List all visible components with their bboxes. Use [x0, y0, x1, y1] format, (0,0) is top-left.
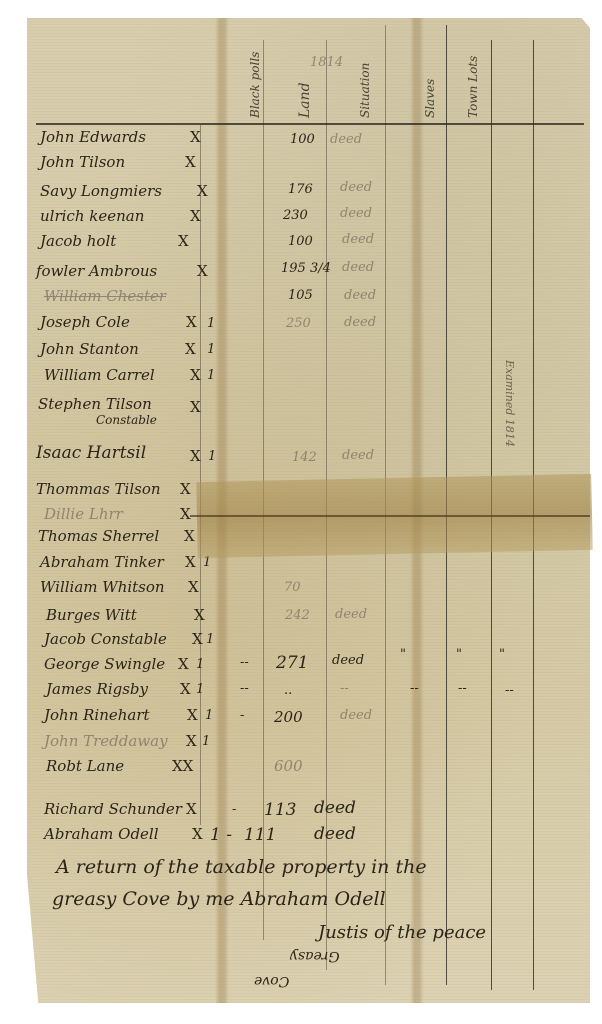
docket-line-2: Cove — [254, 973, 289, 989]
row-poll: 1 — [207, 316, 215, 331]
row-name: John Treddaway — [44, 732, 168, 750]
row-situation: deed — [344, 288, 376, 303]
row-name: fowler Ambrous — [36, 262, 157, 280]
row-situation: deed — [332, 653, 364, 668]
row-name: Thommas Tilson — [36, 480, 161, 498]
row-mark: X — [184, 527, 195, 545]
row-poll: 1 — [208, 449, 216, 464]
row-mark: X — [186, 732, 197, 750]
row-mark: X — [180, 480, 191, 498]
row-slaves: -- — [410, 681, 419, 696]
column-header-black-polls: Black polls — [248, 52, 262, 118]
row-land: 242 — [285, 608, 310, 623]
horizontal-fold — [190, 515, 590, 517]
closing-line-3: Justis of the peace — [318, 922, 486, 943]
row-name: Savy Longmiers — [40, 182, 162, 200]
column-header-slaves: Slaves — [423, 79, 437, 118]
docket-line-1: Greasy — [290, 948, 340, 964]
row-dash: - — [240, 708, 244, 723]
column-line — [200, 125, 201, 825]
row-poll: 1 — [206, 632, 214, 647]
row-name: John Rinehart — [44, 706, 150, 724]
row-land: 195 3/4 — [281, 261, 331, 276]
margin-note: Examined 1814 — [503, 360, 516, 447]
row-mark: XX — [172, 757, 193, 775]
row-poll: 1 — [205, 708, 213, 723]
column-header-town-lots: Town Lots — [466, 56, 480, 118]
row-name: Joseph Cole — [40, 313, 130, 331]
row-situation: deed — [330, 132, 362, 147]
row-extra: -- — [505, 683, 514, 698]
row-situation: deed — [340, 206, 372, 221]
row-mark: X — [180, 505, 191, 523]
row-poll: - — [232, 802, 236, 817]
row-mark: X — [190, 447, 201, 465]
row-land: 176 — [288, 182, 313, 197]
row-name: John Stanton — [40, 340, 139, 358]
row-situation: deed — [314, 798, 356, 818]
row-land: 100 — [288, 234, 313, 249]
row-mark: X — [194, 606, 205, 624]
row-situation: deed — [340, 180, 372, 195]
row-situation: deed — [342, 260, 374, 275]
row-name: Jacob Constable — [44, 630, 167, 648]
row-lots: -- — [458, 681, 467, 696]
header-rule — [36, 123, 584, 125]
row-mark: X — [185, 553, 196, 571]
row-mark: X — [187, 706, 198, 724]
row-situation: -- — [340, 681, 349, 696]
row-situation: deed — [340, 708, 372, 723]
row-mark: X — [186, 800, 197, 818]
row-lots: " — [456, 647, 462, 662]
row-name: ulrich keenan — [40, 207, 144, 225]
row-mark: X — [180, 680, 191, 698]
row-land: 230 — [283, 208, 308, 223]
closing-line-2: greasy Cove by me Abraham Odell — [52, 888, 386, 910]
row-name: Stephen Tilson — [38, 395, 152, 413]
row-dash: -- — [240, 655, 249, 670]
row-slaves: " — [400, 647, 406, 662]
row-mark: X — [178, 232, 189, 250]
row-land: .. — [284, 683, 292, 698]
row-name: Abraham Odell — [44, 825, 159, 843]
row-mark: X — [197, 182, 208, 200]
row-name: John Tilson — [40, 153, 125, 171]
row-mark: X — [197, 262, 208, 280]
row-name: Dillie Lhrr — [44, 505, 123, 523]
row-poll: 1 - — [210, 825, 232, 845]
row-name: Robt Lane — [46, 757, 124, 775]
row-name: Thomas Sherrel — [38, 527, 159, 545]
row-situation: deed — [344, 315, 376, 330]
row-name: Abraham Tinker — [40, 553, 164, 571]
row-situation: deed — [342, 232, 374, 247]
row-land: 105 — [288, 288, 313, 303]
row-mark: X — [190, 398, 201, 416]
row-dash: -- — [240, 681, 249, 696]
row-note: Constable — [96, 413, 157, 427]
row-poll: 1 — [196, 682, 204, 697]
column-header-situation: Situation — [358, 63, 372, 118]
row-situation: deed — [314, 824, 356, 844]
row-situation: deed — [342, 448, 374, 463]
row-name-struck: William Chester — [44, 287, 166, 305]
row-land: 111 — [244, 825, 276, 845]
row-mark: X — [185, 153, 196, 171]
row-mark: X — [190, 366, 201, 384]
row-name: Burges Witt — [46, 606, 137, 624]
row-situation: deed — [335, 607, 367, 622]
row-name: William Whitson — [40, 578, 165, 596]
row-land: 142 — [292, 450, 317, 465]
row-poll: 1 — [207, 368, 215, 383]
row-name: William Carrel — [44, 366, 155, 384]
row-mark: X — [192, 630, 203, 648]
row-land: 70 — [284, 580, 301, 595]
row-mark: X — [185, 340, 196, 358]
row-land: 100 — [290, 132, 315, 147]
row-poll: 1 — [207, 342, 215, 357]
row-land: 113 — [264, 800, 296, 820]
closing-line-1: A return of the taxable property in the — [56, 856, 427, 878]
row-name: James Rigsby — [46, 680, 148, 698]
row-mark: X — [186, 313, 197, 331]
row-land: 250 — [286, 316, 311, 331]
row-name: John Edwards — [40, 128, 146, 146]
row-name: Jacob holt — [40, 232, 116, 250]
column-header-land: Land — [297, 82, 313, 118]
row-land: 200 — [274, 708, 303, 726]
row-name: George Swingle — [44, 655, 165, 673]
row-mark: X — [190, 128, 201, 146]
row-name: Richard Schunder — [44, 800, 182, 818]
row-poll: 1 — [196, 657, 204, 672]
row-land: 271 — [276, 653, 308, 673]
row-land: 600 — [274, 757, 303, 775]
row-extra: " — [499, 647, 505, 662]
year-label: 1814 — [310, 55, 343, 70]
row-mark: X — [178, 655, 189, 673]
row-mark: X — [190, 207, 201, 225]
row-mark: X — [192, 825, 203, 843]
row-mark: X — [188, 578, 199, 596]
row-poll: 1 — [202, 734, 210, 749]
row-name: Isaac Hartsil — [36, 443, 146, 463]
